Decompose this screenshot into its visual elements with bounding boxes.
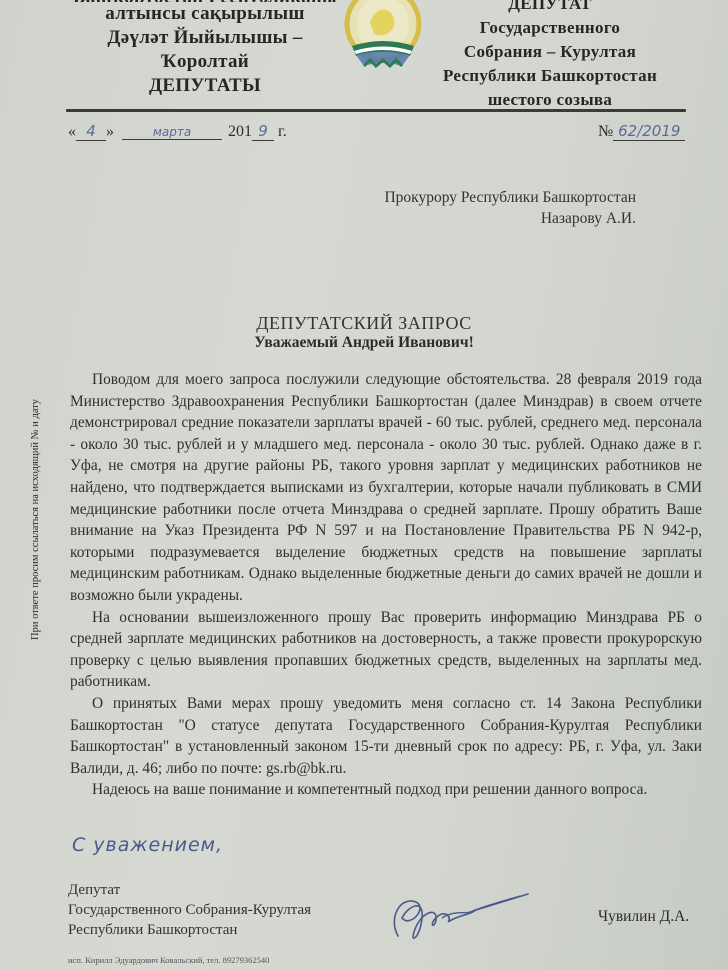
body-paragraph-1: Поводом для моего запроса послужили след… xyxy=(70,369,702,607)
addressee-line1: Прокурору Республики Башкортостан xyxy=(384,187,636,208)
date-year-unit: г. xyxy=(278,123,287,141)
position-line3: Республики Башкортостан xyxy=(68,920,311,940)
position-line1: Депутат xyxy=(68,880,311,900)
addressee-line2: Назарову А.И. xyxy=(384,208,636,229)
header-left-block: Башҡортостан Республикаһы алтынсы сақыры… xyxy=(70,0,340,98)
header-right-line3: Собрания – Курултая xyxy=(430,40,670,64)
outgoing-number: № 62/2019 xyxy=(598,122,685,141)
body-paragraph-2: На основании вышеизложенного прошу Вас п… xyxy=(70,607,702,693)
header-right-line2: Государственного xyxy=(430,16,670,40)
date-year-prefix: 201 xyxy=(228,123,252,141)
handwritten-closing: С уважением, xyxy=(72,834,223,856)
signatory-position: Депутат Государственного Собрания-Курулт… xyxy=(68,880,311,940)
body-paragraph-4: Надеюсь на ваше понимание и компетентный… xyxy=(70,779,702,801)
document-title: ДЕПУТАТСКИЙ ЗАПРОС xyxy=(0,313,728,334)
date-day: 4 xyxy=(76,122,106,141)
header-left-line4: ДЕПУТАТЫ xyxy=(70,74,340,98)
executor-note: исп. Кирилл Эдуардович Ковальский, тел. … xyxy=(68,955,269,965)
header-right-line1: ДЕПУТАТ xyxy=(430,0,670,16)
position-line2: Государственного Собрания-Курултая xyxy=(68,900,311,920)
header-left-line3: Ҡоролтай xyxy=(70,50,340,74)
date-month: марта xyxy=(122,125,222,140)
signer-name: Чувилин Д.А. xyxy=(598,908,689,926)
header-right-line4: Республики Башкортостан xyxy=(430,64,670,88)
header-left-line1: алтынсы сақырылыш xyxy=(70,2,340,26)
body-paragraph-3: О принятых Вами мерах прошу уведомить ме… xyxy=(70,693,702,779)
number-label: № xyxy=(598,123,613,141)
greeting: Уважаемый Андрей Иванович! xyxy=(0,334,728,352)
date-line: « 4 » марта 201 9 г. xyxy=(68,122,287,141)
header-right-block: ДЕПУТАТ Государственного Собрания – Куру… xyxy=(430,0,670,112)
header-left-line2: Дәүләт Йыйылышы – xyxy=(70,26,340,50)
side-reference-note: При ответе просим ссылаться на исходящий… xyxy=(30,330,41,640)
handwritten-signature-icon xyxy=(380,888,540,948)
date-year-suffix: 9 xyxy=(252,122,274,141)
addressee-block: Прокурору Республики Башкортостан Назаро… xyxy=(384,187,636,229)
document-body: Поводом для моего запроса послужили след… xyxy=(70,369,702,801)
number-value: 62/2019 xyxy=(613,122,685,141)
date-open-quote: « xyxy=(68,123,76,141)
date-close-quote: » xyxy=(106,123,114,141)
header-divider xyxy=(66,109,686,112)
coat-of-arms-icon xyxy=(340,0,426,74)
